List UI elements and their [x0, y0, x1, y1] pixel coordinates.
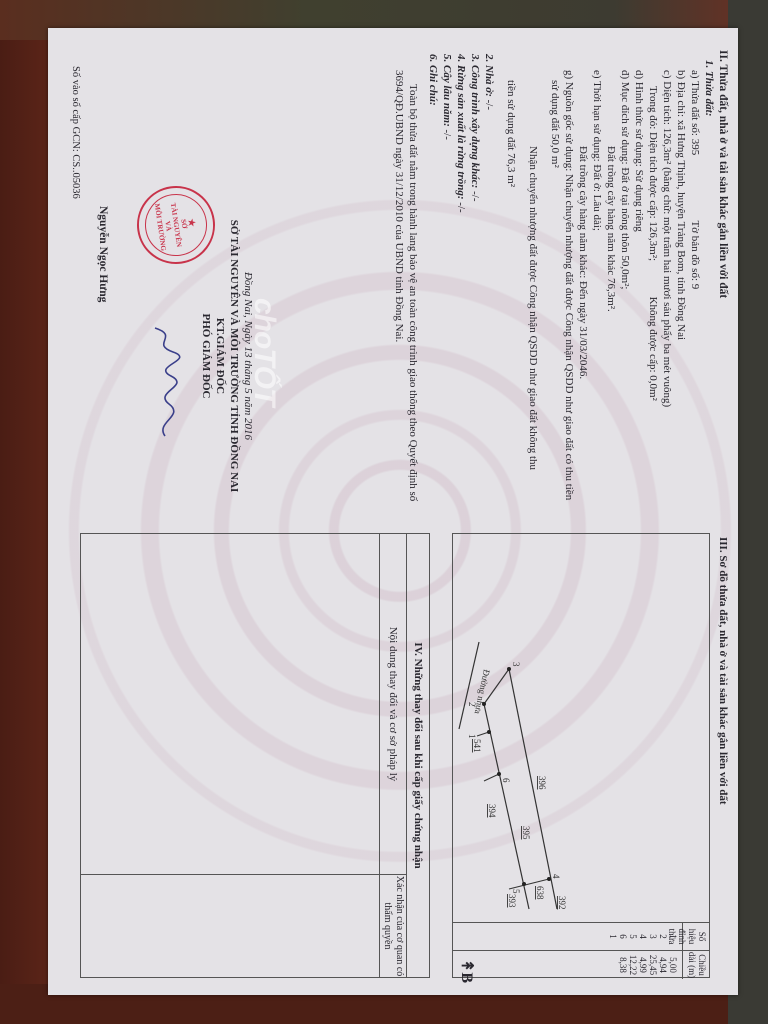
vertex-cell: 1 [668, 923, 678, 950]
length-cell: 8,38 [618, 951, 628, 979]
svg-text:1: 1 [467, 734, 477, 739]
area-detail: Trong đó: Diện tích được cấp: 126,3m²; K… [646, 86, 660, 526]
issuing-department: SỞ TÀI NGUYÊN VÀ MÔI TRƯỜNG TỈNH ĐỒNG NA… [227, 196, 241, 516]
area-line: c) Diện tích: 126,3m² (bằng chữ: một tră… [660, 70, 674, 526]
length-cell: 12,22 [628, 951, 638, 979]
svg-text:393: 393 [507, 894, 517, 908]
length-cell: 4,94 [658, 951, 668, 979]
section-ii-title: II. Thửa đất, nhà ở và tài sản khác gắn … [716, 50, 730, 526]
handwritten-signature [145, 326, 185, 446]
length-cell: 4,99 [638, 951, 648, 979]
map-sheet-number: 9 [689, 284, 701, 290]
svg-text:Đường nhựa: Đường nhựa [473, 669, 492, 715]
section-iv-table: IV. Những thay đổi sau khi cấp giấy chứn… [80, 533, 430, 978]
svg-text:392: 392 [557, 896, 567, 910]
vertex-column: Số hiệu đỉnh thửa 1234561 [453, 923, 709, 951]
vertex-cell: 5 [628, 923, 638, 950]
svg-text:4: 4 [551, 874, 561, 879]
land-certificate-page: II. Thửa đất, nhà ở và tài sản khác gắn … [48, 28, 738, 995]
notes-heading: 6. Ghi chú: [426, 54, 440, 526]
parcel-diagram: Đường nhựa 123456392638393395396394541 [452, 533, 710, 978]
section-iv-title: IV. Những thay đổi sau khi cấp giấy chứn… [406, 534, 429, 977]
chotot-watermark: choTỐT [257, 298, 271, 405]
length-cell: 25,45 [648, 951, 658, 979]
land-parcel-heading: 1. Thửa đất: [702, 60, 716, 526]
svg-text:541: 541 [472, 739, 482, 753]
confirmation-column-header: Xác nhận của cơ quan có thẩm quyền [379, 874, 406, 977]
parcel-number-line: a) Thửa đất số: 395 Tờ bản đồ số: 9 [688, 70, 702, 526]
other-structures-line: 3. Công trình xây dựng khác: -/- [468, 54, 482, 526]
section-iii-iv: III. Sơ đồ thửa đất, nhà ở và tài sản kh… [60, 533, 730, 983]
house-line: 2. Nhà ở: -/- [482, 54, 496, 526]
svg-text:6: 6 [501, 778, 511, 783]
svg-text:3: 3 [511, 662, 521, 667]
perennial-trees-line: 5. Cây lâu năm: -/- [440, 54, 454, 526]
usage-purpose-line-2: Đất trồng cây hàng năm khác 76,3m². [604, 146, 618, 526]
certificate-sheet: II. Thửa đất, nhà ở và tài sản khác gắn … [48, 28, 738, 995]
svg-text:394: 394 [487, 804, 497, 818]
planted-forest-line: 4. Rừng sản xuất là rừng trồng: -/- [454, 54, 468, 526]
svg-text:395: 395 [521, 826, 531, 840]
signer-name: Nguyễn Ngọc Hưng [96, 206, 110, 302]
usage-term-line: e) Thời hạn sử dụng: Đất ở: Lâu dài; [590, 70, 604, 526]
star-icon: ★ [187, 218, 196, 227]
north-arrow-icon: ↟B [459, 959, 473, 983]
signature-block: Đồng Nai, Ngày 13 tháng 5 năm 2016 SỞ TÀ… [199, 196, 255, 516]
length-cell: 5,00 [668, 951, 678, 979]
origin-line-3: Nhận chuyển nhượng đất được Công nhận QS… [526, 146, 540, 526]
usage-form-line: d) Hình thức sử dụng: Sử dụng riêng [632, 70, 646, 526]
vertex-cell: 6 [618, 923, 628, 950]
address-line: b) Địa chỉ: xã Hưng Thịnh, huyện Trảng B… [674, 70, 688, 526]
usage-purpose-line: đ) Mục đích sử dụng: Đất ở tại nông thôn… [618, 70, 632, 526]
vertex-cell: 2 [658, 923, 668, 950]
origin-line: g) Nguồn gốc sử dụng: Nhận chuyển nhượng… [562, 70, 576, 526]
vertex-cell: 4 [638, 923, 648, 950]
parcel-sketch: Đường nhựa 123456392638393395396394541 [453, 534, 709, 922]
svg-text:638: 638 [535, 886, 545, 900]
registry-number: Số vào sổ cấp GCN: CS..05036 [68, 66, 82, 199]
usage-term-line-2: Đất trồng cây hàng năm khác: Đến ngày 31… [576, 146, 590, 526]
section-iii-title: III. Sơ đồ thửa đất, nhà ở và tài sản kh… [716, 537, 730, 983]
changes-column-header: Nội dung thay đổi và cơ sở pháp lý [380, 534, 406, 874]
dimension-table: Số hiệu đỉnh thửa 1234561 Chiều dài (m) … [453, 922, 709, 979]
section-ii: II. Thửa đất, nhà ở và tài sản khác gắn … [60, 46, 730, 526]
origin-line-4: tiền sử dụng đất 76,3 m² [504, 80, 518, 526]
notes-text: Toàn bộ thửa đất nằm trong hành lang bảo… [392, 70, 420, 518]
svg-text:2: 2 [467, 702, 477, 707]
kt-director: KT.GIÁM ĐỐC [213, 196, 227, 516]
svg-text:396: 396 [537, 776, 547, 790]
vertex-cell: 3 [648, 923, 658, 950]
length-column: Chiều dài (m) 5,004,9425,454,9912,228,38 [453, 951, 709, 979]
origin-line-2: sử dụng đất 50,0 m² [548, 80, 562, 526]
parcel-number: 395 [689, 139, 701, 156]
